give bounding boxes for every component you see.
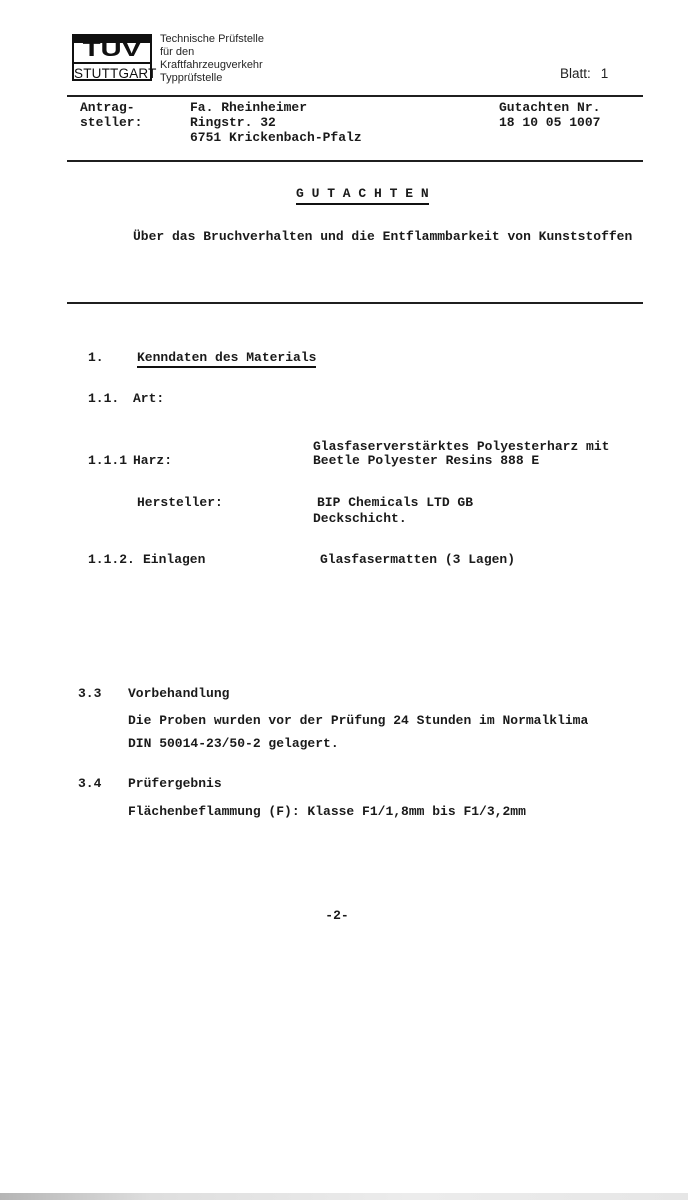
row-hersteller-label: Hersteller: xyxy=(137,495,223,510)
sheet-indicator: Blatt:1 xyxy=(560,66,608,81)
header-divider xyxy=(67,95,643,97)
document-page: TÜV STUTTGART Technische Prüfstelle für … xyxy=(0,0,688,1200)
tuv-logo-text: TÜV xyxy=(83,38,142,62)
applicant-name: Fa. Rheinheimer xyxy=(190,100,307,115)
title-divider xyxy=(67,302,643,304)
tuv-logo-city: STUTTGART xyxy=(74,62,150,85)
row-art-number: 1.1. xyxy=(88,391,119,406)
row-einlagen-value: Glasfasermatten (3 Lagen) xyxy=(320,552,515,567)
sheet-number: 1 xyxy=(601,66,609,81)
page-number: -2- xyxy=(0,908,674,923)
row-art-value-line2: Deckschicht. xyxy=(313,507,609,531)
org-line-2: für den xyxy=(160,46,264,59)
row-einlagen-label: Einlagen xyxy=(143,552,205,567)
section34-heading: Prüfergebnis xyxy=(128,776,222,791)
org-line-1: Technische Prüfstelle xyxy=(160,33,264,46)
section33-body-line1: Die Proben wurden vor der Prüfung 24 Stu… xyxy=(128,713,588,728)
row-art-label: Art: xyxy=(133,391,164,406)
section33-number: 3.3 xyxy=(78,686,101,701)
section33-body-line2: DIN 50014-23/50-2 gelagert. xyxy=(128,736,339,751)
applicant-label-line2: steller: xyxy=(80,115,142,130)
document-subtitle: Über das Bruchverhalten und die Entflamm… xyxy=(133,229,632,244)
scan-edge-shadow xyxy=(0,1193,688,1200)
applicant-divider xyxy=(67,160,643,162)
report-number: 18 10 05 1007 xyxy=(499,115,600,130)
row-hersteller-value: BIP Chemicals LTD GB xyxy=(317,495,473,510)
row-harz-number: 1.1.1 xyxy=(88,453,127,468)
row-art-value: Glasfaserverstärktes Polyesterharz mit D… xyxy=(313,387,609,579)
row-einlagen-number: 1.1.2. xyxy=(88,552,135,567)
tuv-logo: TÜV STUTTGART xyxy=(72,34,152,81)
row-harz-label: Harz: xyxy=(133,453,172,468)
org-line-3: Kraftfahrzeugverkehr xyxy=(160,59,264,72)
section1-heading: Kenndaten des Materials xyxy=(137,350,316,368)
section34-body-line1: Flächenbeflammung (F): Klasse F1/1,8mm b… xyxy=(128,804,526,819)
organization-lines: Technische Prüfstelle für den Kraftfahrz… xyxy=(160,33,264,72)
section1-number: 1. xyxy=(88,350,104,365)
row-harz-value: Beetle Polyester Resins 888 E xyxy=(313,453,539,468)
applicant-city: 6751 Krickenbach-Pfalz xyxy=(190,130,362,145)
department-label: Typprüfstelle xyxy=(160,72,222,84)
sheet-label: Blatt: xyxy=(560,66,591,81)
section34-number: 3.4 xyxy=(78,776,101,791)
applicant-street: Ringstr. 32 xyxy=(190,115,276,130)
applicant-label-line1: Antrag- xyxy=(80,100,135,115)
section33-heading: Vorbehandlung xyxy=(128,686,229,701)
tuv-logo-top: TÜV xyxy=(74,36,150,62)
document-title: G U T A C H T E N xyxy=(296,186,429,205)
report-number-label: Gutachten Nr. xyxy=(499,100,600,115)
